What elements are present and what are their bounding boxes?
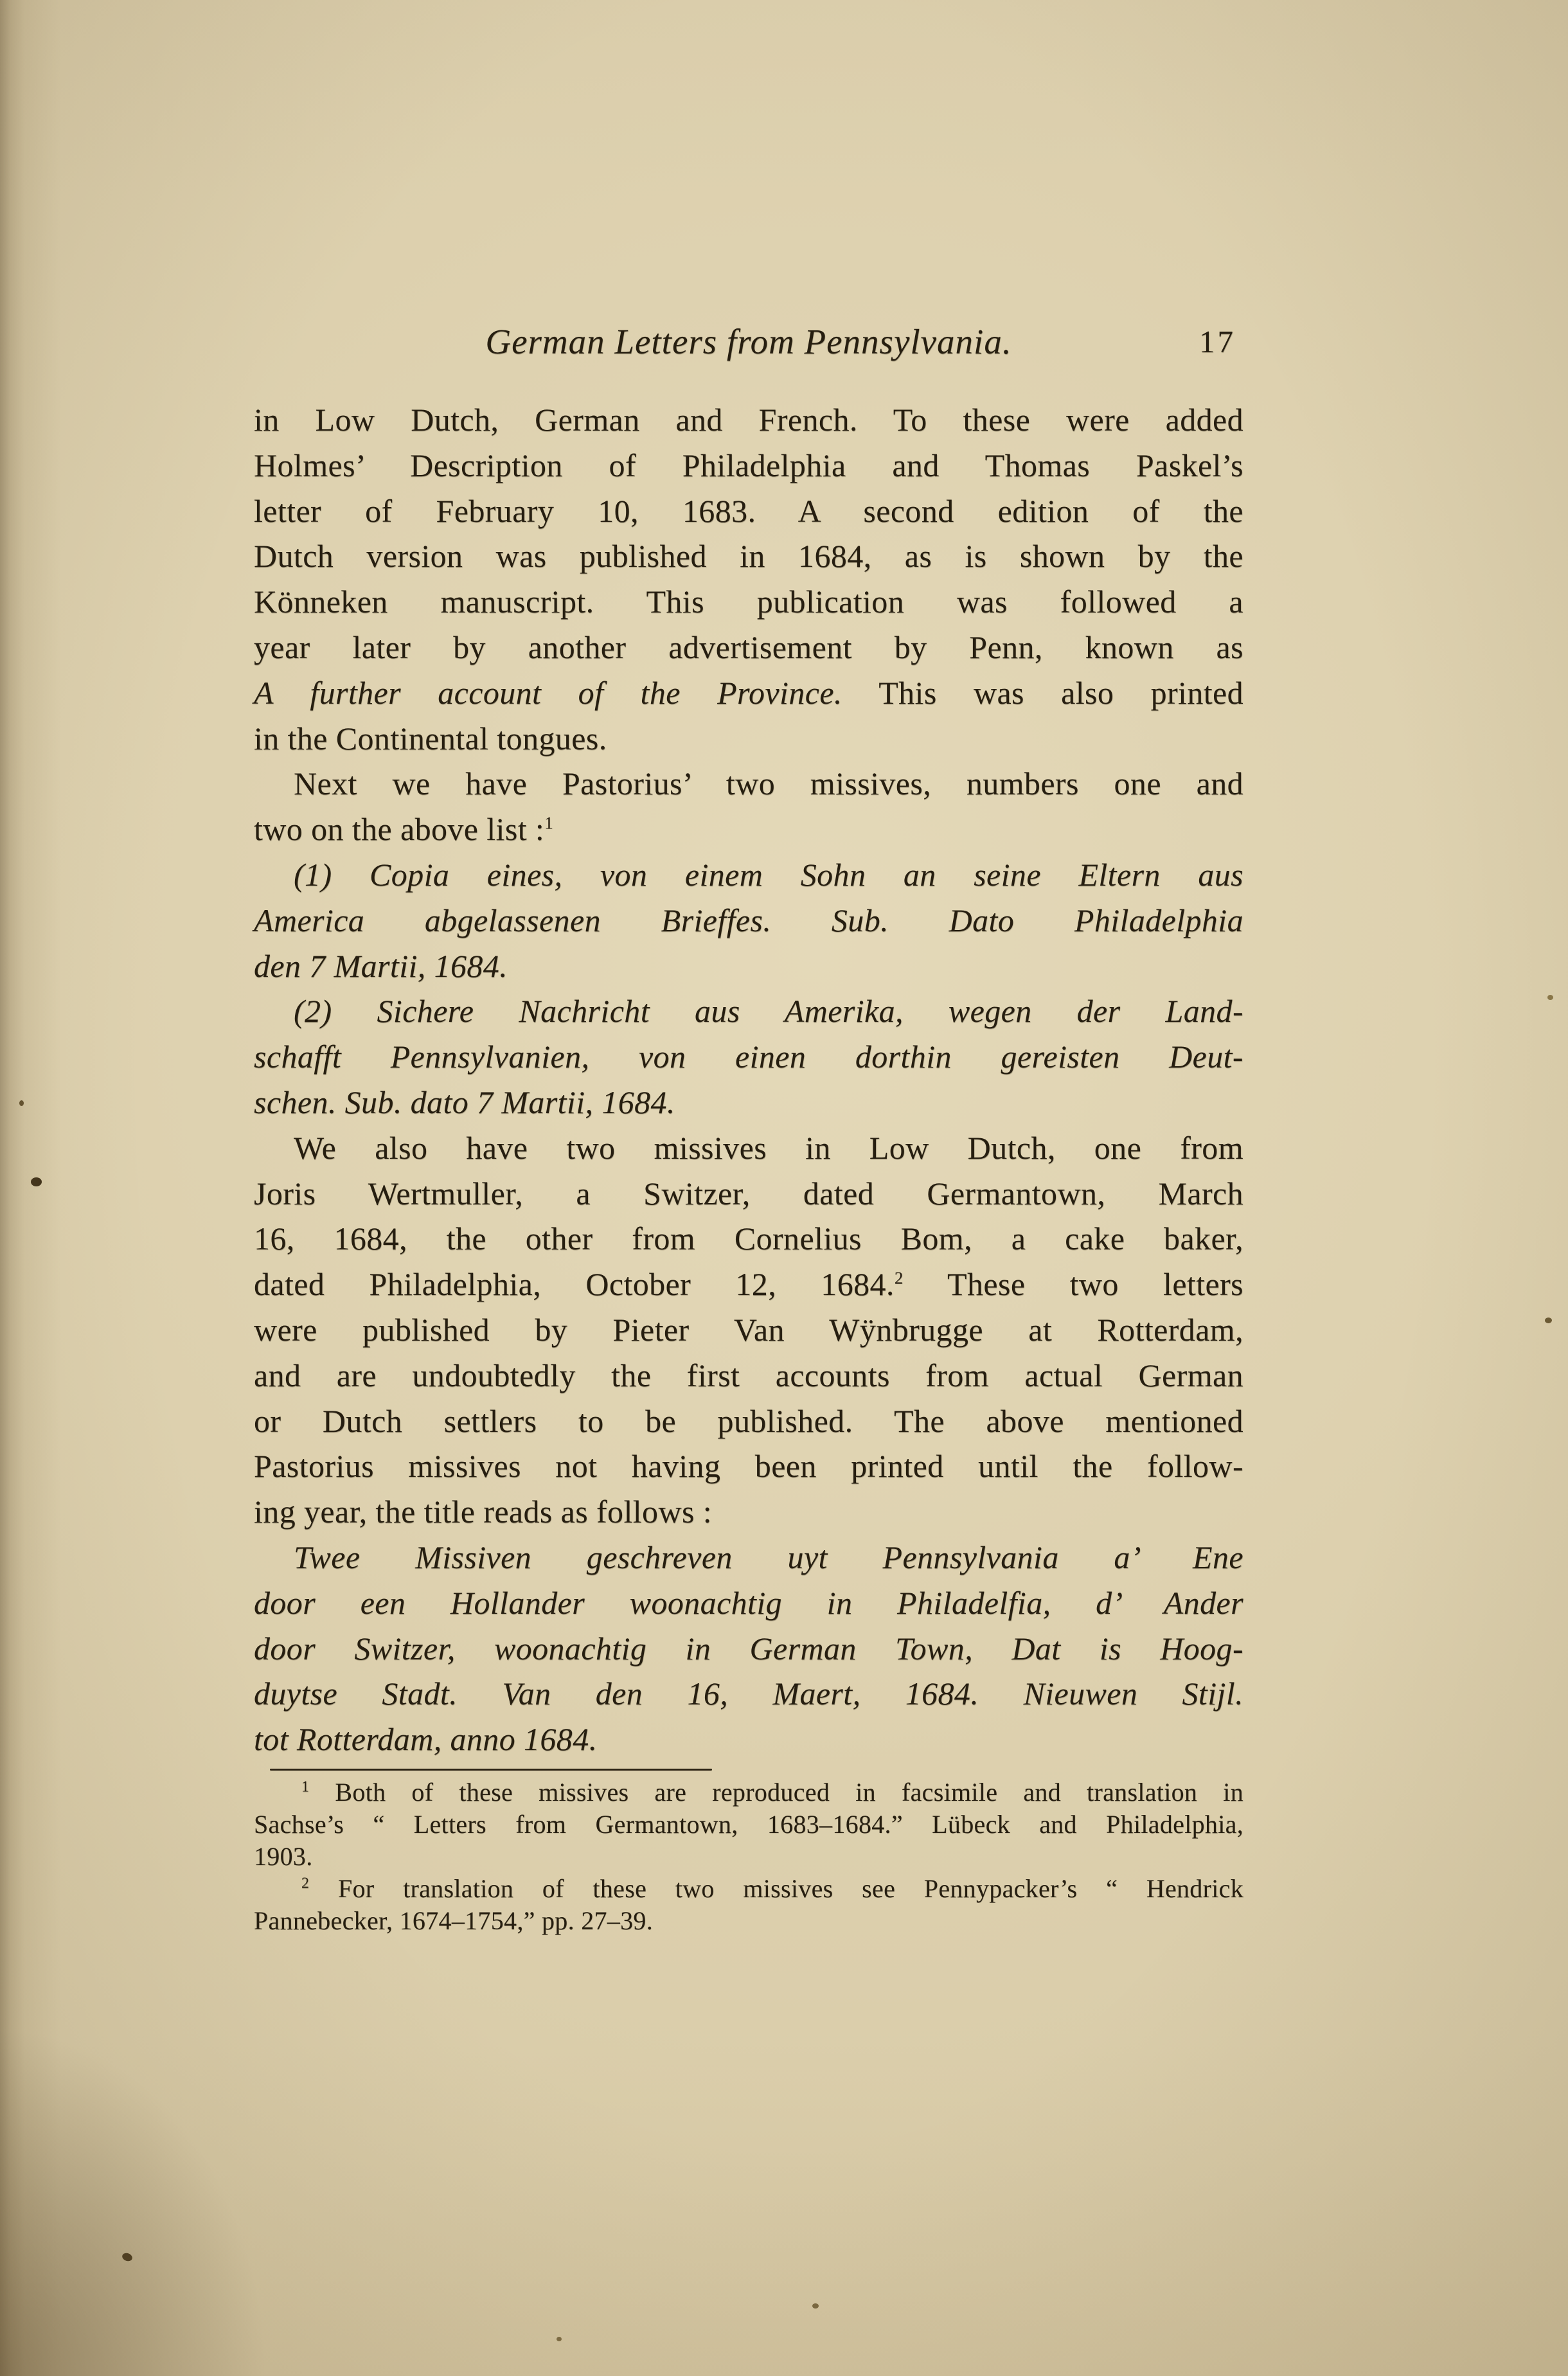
body-line: duytse Stadt. Van den 16, Maert, 1684. N… — [254, 1671, 1243, 1717]
footnote-marker: 1 — [301, 1779, 309, 1796]
body-line: Joris Wertmuller, a Switzer, dated Germa… — [254, 1171, 1243, 1217]
roman-text: This was also printed — [842, 675, 1243, 711]
page-number: 17 — [1199, 316, 1236, 368]
body-line: Twee Missiven geschreven uyt Pennsylvani… — [254, 1535, 1243, 1580]
body-line: year later by another advertisement by P… — [254, 625, 1243, 670]
body-line: 16, 1684, the other from Cornelius Bom, … — [254, 1216, 1243, 1262]
footnote-line: 2 For translation of these two missives … — [254, 1873, 1243, 1905]
running-title: German Letters from Pennsylvania. — [254, 316, 1243, 368]
body-line: tot Rotterdam, anno 1684. — [254, 1717, 1243, 1762]
body-line: schafft Pennsylvanien, von einen dorthin… — [254, 1034, 1243, 1080]
page-header: German Letters from Pennsylvania. 17 — [254, 316, 1243, 368]
roman-text: These two letters — [904, 1266, 1243, 1302]
body-line: ing year, the title reads as follows : — [254, 1489, 1243, 1535]
body-line: Holmes’ Description of Philadelphia and … — [254, 443, 1243, 488]
footnote-line: 1 Both of these missives are reproduced … — [254, 1776, 1243, 1809]
ink-speck — [557, 2337, 562, 2341]
book-page: German Letters from Pennsylvania. 17 in … — [0, 0, 1568, 2376]
roman-text: dated Philadelphia, October 12, 1684. — [254, 1266, 895, 1302]
italic-text: A further account of the Province. — [254, 675, 842, 711]
footnotes: 1 Both of these missives are reproduced … — [254, 1776, 1243, 1937]
roman-text: two on the above list : — [254, 811, 544, 847]
ink-speck — [812, 2303, 819, 2309]
body-line: two on the above list :1 — [254, 807, 1243, 852]
ink-speck — [19, 1100, 24, 1106]
ink-speck — [1545, 1318, 1552, 1323]
ink-speck — [121, 2252, 133, 2263]
footnote-marker: 1 — [544, 814, 553, 833]
footnote-line: Sachse’s “ Letters from Germantown, 1683… — [254, 1809, 1243, 1841]
body-line: (2) Sichere Nachricht aus Amerika, wegen… — [254, 988, 1243, 1034]
body-line: or Dutch settlers to be published. The a… — [254, 1398, 1243, 1444]
body-line: door Switzer, woonachtig in German Town,… — [254, 1626, 1243, 1672]
body-line: We also have two missives in Low Dutch, … — [254, 1125, 1243, 1171]
body-line: and are undoubtedly the first accounts f… — [254, 1353, 1243, 1398]
body-line: Pastorius missives not having been print… — [254, 1443, 1243, 1489]
body-line: den 7 Martii, 1684. — [254, 943, 1243, 989]
body-line: letter of February 10, 1683. A second ed… — [254, 488, 1243, 534]
body-line: America abgelassenen Brieffes. Sub. Dato… — [254, 898, 1243, 943]
binding-shadow — [0, 0, 61, 2376]
body-line: dated Philadelphia, October 12, 1684.2 T… — [254, 1262, 1243, 1307]
footnote-line: 1903. — [254, 1841, 1243, 1873]
body-line: were published by Pieter Van Wÿnbrugge a… — [254, 1307, 1243, 1353]
body-line: Könneken manuscript. This publication wa… — [254, 579, 1243, 625]
corner-shadow — [0, 2016, 276, 2376]
body-line: (1) Copia eines, von einem Sohn an seine… — [254, 852, 1243, 898]
body-line: schen. Sub. dato 7 Martii, 1684. — [254, 1080, 1243, 1125]
body-line: in Low Dutch, German and French. To thes… — [254, 397, 1243, 443]
body-line: door een Hollander woonachtig in Philade… — [254, 1580, 1243, 1626]
body-line: Dutch version was published in 1684, as … — [254, 533, 1243, 579]
footnote-rule — [270, 1769, 712, 1771]
ink-speck — [31, 1177, 42, 1186]
body-text: in Low Dutch, German and French. To thes… — [254, 397, 1243, 1762]
body-line: Next we have Pastorius’ two missives, nu… — [254, 761, 1243, 807]
footnote-text: For translation of these two missives se… — [309, 1874, 1243, 1903]
footnote-marker: 2 — [895, 1268, 904, 1287]
footnote-line: Pannebecker, 1674–1754,” pp. 27–39. — [254, 1905, 1243, 1937]
footnote-marker: 2 — [301, 1875, 309, 1892]
footnote-text: Both of these missives are reproduced in… — [309, 1778, 1243, 1807]
body-line: in the Continental tongues. — [254, 716, 1243, 762]
body-line: A further account of the Province. This … — [254, 670, 1243, 716]
ink-speck — [1547, 995, 1553, 1000]
